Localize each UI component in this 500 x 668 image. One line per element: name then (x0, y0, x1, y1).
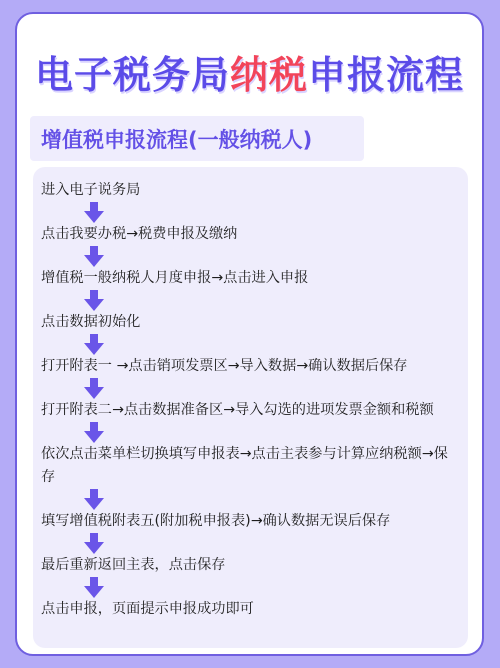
step-9: 最后重新返回主表，点击保存 (41, 554, 461, 577)
subtitle-box: 增值税申报流程(一般纳税人) (30, 116, 364, 161)
step-8: 填写增值税附表五(附加税申报表)→确认数据无误后保存 (41, 510, 461, 533)
section-subtitle: 增值税申报流程(一般纳税人) (41, 124, 312, 154)
arrow-down-icon (84, 378, 104, 399)
arrow-down-icon (84, 422, 104, 443)
arrow-down-icon (84, 202, 104, 223)
step-5: 打开附表一 →点击销项发票区→导入数据→确认数据后保存 (41, 355, 461, 378)
step-1: 进入电子说务局 (41, 179, 461, 202)
step-3: 增值税一般纳税人月度申报→点击进入申报 (41, 267, 461, 290)
arrow-down-icon (84, 489, 104, 510)
step-10: 点击申报，页面提示申报成功即可 (41, 598, 461, 621)
title-highlight: 纳税 (230, 53, 308, 97)
step-4: 点击数据初始化 (41, 311, 461, 334)
page-title: 电子税务局纳税申报流程 (17, 44, 482, 99)
arrow-down-icon (84, 577, 104, 598)
arrow-down-icon (84, 533, 104, 554)
arrow-down-icon (84, 290, 104, 311)
step-7: 依次点击菜单栏切换填写申报表→点击主表参与计算应纳税额→保存 (41, 443, 461, 489)
arrow-down-icon (84, 334, 104, 355)
step-2: 点击我要办税→税费申报及缴纳 (41, 223, 461, 246)
title-part-2: 申报流程 (308, 53, 464, 97)
arrow-down-icon (84, 246, 104, 267)
step-6: 打开附表二→点击数据准备区→导入勾选的进项发票金额和税额 (41, 399, 461, 422)
title-part-1: 电子税务局 (35, 53, 230, 97)
steps-panel: 进入电子说务局 点击我要办税→税费申报及缴纳 增值税一般纳税人月度申报→点击进入… (33, 167, 468, 648)
